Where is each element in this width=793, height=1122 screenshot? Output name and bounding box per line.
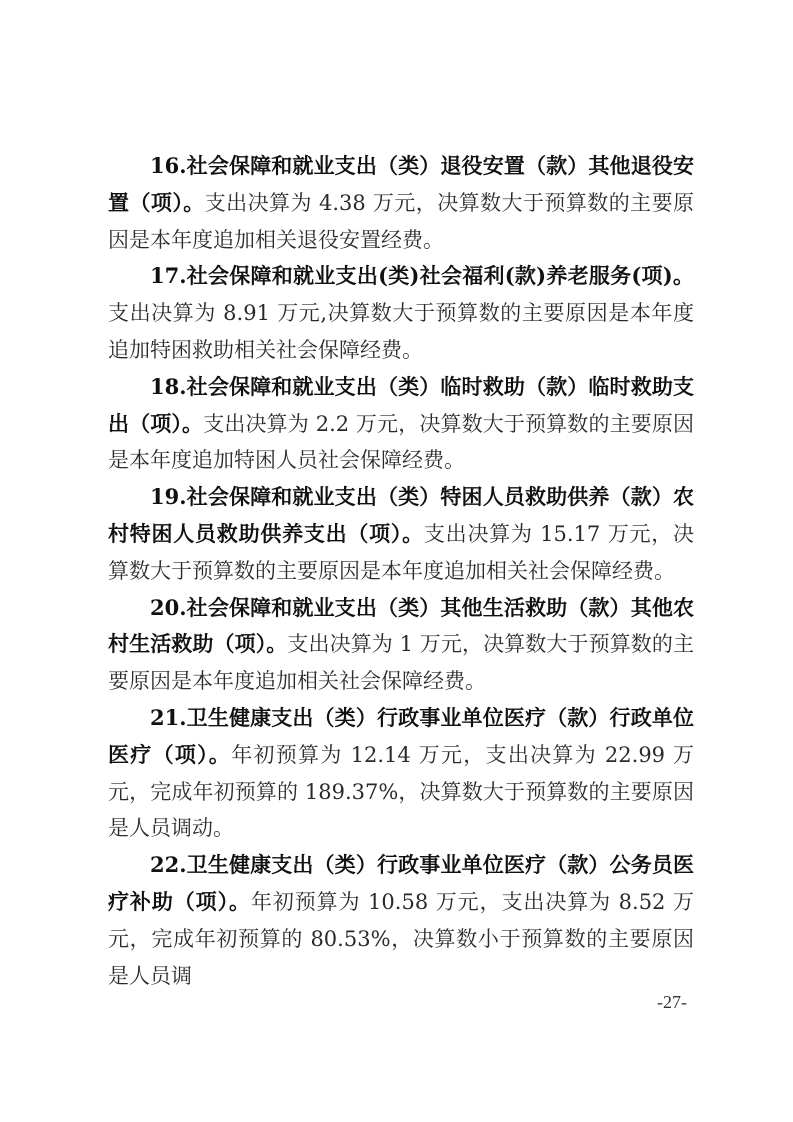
paragraph-item-17: 17.社会保障和就业支出(类)社会福利(款)养老服务(项)。支出决算为 8.91… bbox=[108, 258, 694, 368]
page-number: -27- bbox=[657, 992, 687, 1013]
paragraph-item-22: 22.卫生健康支出（类）行政事业单位医疗（款）公务员医疗补助（项）。年初预算为 … bbox=[108, 847, 694, 994]
paragraph-item-20: 20.社会保障和就业支出（类）其他生活救助（款）其他农村生活救助（项）。支出决算… bbox=[108, 590, 694, 700]
paragraph-item-21: 21.卫生健康支出（类）行政事业单位医疗（款）行政单位医疗（项）。年初预算为 1… bbox=[108, 700, 694, 847]
paragraph-item-18: 18.社会保障和就业支出（类）临时救助（款）临时救助支出（项）。支出决算为 2.… bbox=[108, 369, 694, 479]
paragraph-item-16: 16.社会保障和就业支出（类）退役安置（款）其他退役安置（项）。支出决算为 4.… bbox=[108, 148, 694, 258]
document-page-body: 16.社会保障和就业支出（类）退役安置（款）其他退役安置（项）。支出决算为 4.… bbox=[108, 148, 694, 994]
paragraph-heading: 17.社会保障和就业支出(类)社会福利(款)养老服务(项)。 bbox=[150, 263, 694, 288]
paragraph-item-19: 19.社会保障和就业支出（类）特困人员救助供养（款）农村特困人员救助供养支出（项… bbox=[108, 479, 694, 589]
paragraph-body: 支出决算为 8.91 万元,决算数大于预算数的主要原因是本年度追加特困救助相关社… bbox=[108, 301, 694, 362]
